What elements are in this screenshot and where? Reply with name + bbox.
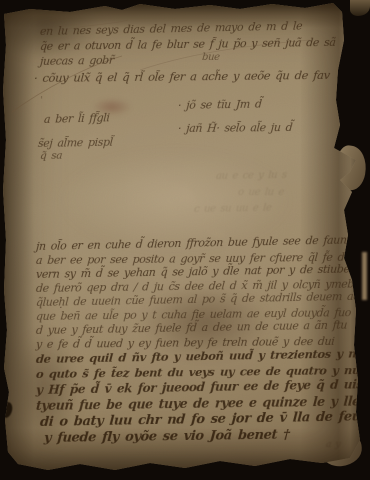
pen-tick: ' — [40, 97, 43, 106]
heading-line: juecas a gobr̃ — [40, 55, 114, 67]
marginal-note: s̃ej al̃me pispl̃ — [38, 137, 114, 149]
shading-left-edge — [0, 0, 34, 480]
faded-trace-line: c ue su uu e le — [194, 204, 272, 215]
heading-line: en lu nes seys dias del mes de mayo de m… — [40, 20, 303, 37]
marginal-note: q̃ sa — [40, 151, 63, 162]
body-line: di o baty luu chr nd fo se jor de v̄ lla… — [40, 410, 370, 429]
ink-blot — [0, 401, 14, 419]
signature-line: y fuede fly oyõe se vio Joã benet † — [44, 429, 291, 445]
parchment-page: en lu nes seys dias del mes de mayo de m… — [0, 0, 370, 480]
heading-line: q̃e er a otuvon d̃ la fe blur se f̃ ju p… — [40, 37, 336, 52]
torn-edge-flap — [350, 0, 370, 16]
page-edge-highlight — [362, 252, 367, 300]
faded-trace-line: au e ce y lu s — [216, 171, 287, 182]
faded-trace-line: a y — [326, 441, 341, 450]
marginal-note: · jañ H̃· sel̃o al̃e ju d̃ — [178, 122, 293, 134]
marginal-note: · jõ se tĩu Jm d̃ — [178, 99, 262, 111]
faded-trace-line: o ue lu e — [238, 188, 285, 198]
heading-fragment: bue — [202, 53, 220, 63]
heading-line: · cõuy ulx̃ q̃ el q̃ rl̃ ol̃e fer a ach̃… — [34, 70, 331, 85]
manuscript-scan: en lu nes seys dias del mes de mayo de m… — [0, 0, 370, 480]
marginal-note: a ber l̃i ff̃gli — [44, 112, 110, 125]
body-line: jn ol̃o er en cuhe d̃ dieron ffroz̃on bu… — [36, 234, 347, 252]
